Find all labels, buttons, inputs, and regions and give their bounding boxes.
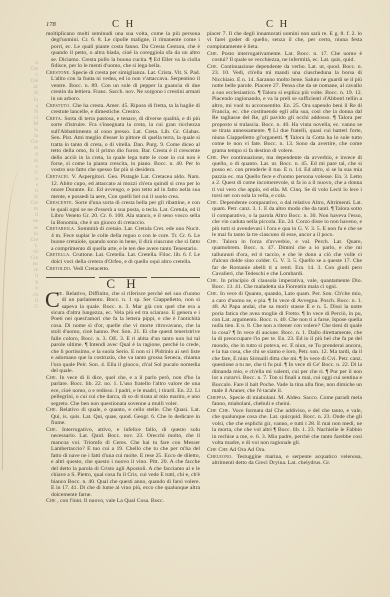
dictionary-entry: Cheleono. Testuggine marina, e serpente … xyxy=(207,454,362,467)
entry-definition: Continuazione dependente da verbo. Lat. … xyxy=(212,64,362,154)
dictionary-entry: piacer 7. Il che degli innamorati uomini… xyxy=(207,31,362,50)
entry-headword: Che. xyxy=(46,407,57,413)
book-page: nCrevCreacdifaqNciMsilaCrempinvCoetiIsCr… xyxy=(0,0,390,597)
entry-definition: moltiplicano molti seminudi una sua volt… xyxy=(46,31,200,69)
dictionary-entry: he. Relativo, Diffinito, che si riferisc… xyxy=(46,291,200,375)
dictionary-entry: Crestuto. Che ha cresta. Amer. 45. Ripos… xyxy=(46,103,200,116)
dictionary-entry: Cheppia. Specie di miabolani. M. Aldeo. … xyxy=(207,395,362,408)
dictionary-entry: Che. Posto interrogativamente. Lat. Bocc… xyxy=(207,51,362,64)
entry-definition: Talora in forza d'avverbio, e val. Perch… xyxy=(212,239,362,277)
entry-headword: Che. xyxy=(207,155,218,161)
entry-definition: piacer 7. Il che degli innamorati uomini… xyxy=(207,31,362,50)
entry-definition: , con l'innt. Il nuovo, vale La Qual Cos… xyxy=(57,498,164,504)
entry-headword: he. xyxy=(57,291,64,297)
running-head-right: C H xyxy=(266,19,289,30)
entry-definition: Dependente comparativo, o dal relativo A… xyxy=(212,200,362,238)
entry-headword: Che Che xyxy=(207,447,228,453)
left-column-entries-top: moltiplicano molti seminudi una sua volt… xyxy=(46,31,200,272)
right-column-entries: piacer 7. Il che degli innamorati uomini… xyxy=(207,31,362,467)
dictionary-entry: Cretacei. V. Aspergitori. Geo. Pistagle … xyxy=(46,174,200,200)
section-title: C H xyxy=(46,281,200,287)
dictionary-entry: Cretariola. Sommità di cretaio. Lat. Cre… xyxy=(46,226,200,252)
entry-definition: Per continuazione, ma dependente da avve… xyxy=(212,155,362,200)
divider-rule xyxy=(46,277,95,278)
dictionary-entry: Cretoldo. Vedi Cretacetto. xyxy=(46,266,200,272)
section-start: C he. Relativo, Diffinito, che si riferi… xyxy=(46,291,200,505)
entry-definition: In principio di clausola imperativa, val… xyxy=(212,278,362,290)
entry-headword: Creta. xyxy=(46,116,63,122)
entry-headword: Cheppia. xyxy=(207,395,228,401)
dictionary-entry: Che. Dependente comparativo, o dal relat… xyxy=(207,200,362,239)
entry-definition: Specie di cresta per simiglianza. Lat. C… xyxy=(51,70,200,102)
entry-headword: Crescente. xyxy=(46,200,73,206)
entry-definition: Interrogativo, attivo, e infelice fallo,… xyxy=(51,427,200,498)
left-column: moltiplicano molti seminudi una sua volt… xyxy=(46,31,200,505)
dictionary-entry: moltiplicano molti seminudi una sua volt… xyxy=(46,31,200,70)
entry-headword: Che. xyxy=(207,278,218,284)
entry-definition: V. Aspergitori. Geo. Pistagle Lat. Creta… xyxy=(51,174,200,199)
entry-definition: Specie di miabolani. M. Aldeo. Sacco. Co… xyxy=(212,395,362,407)
entry-headword: Cretoldo. xyxy=(46,266,72,272)
entry-headword: Cretariola. xyxy=(46,226,76,232)
dictionary-entry: Crescente. Sorte d'una sorta di cresta b… xyxy=(46,200,200,226)
dictionary-entry: Che. Interrogativo, attivo, e infelice f… xyxy=(46,427,200,498)
divider-rule xyxy=(151,277,200,278)
page-number: 178 xyxy=(46,21,56,28)
dictionary-entry: Che. Talora in forza d'avverbio, e val. … xyxy=(207,239,362,278)
dictionary-entry: Che , con l'innt. Il nuovo, vale La Qual… xyxy=(46,498,200,504)
dictionary-entry: Che Che. Voce formata dal Che addiviso, … xyxy=(207,408,362,447)
entry-definition: In vece di Quanto, quando, Lato quam. Pe… xyxy=(212,291,362,394)
entry-definition: Che ha cresta. Amer. 45. Riposo di frett… xyxy=(51,103,200,115)
dictionary-entry: Crestone. Specie di cresta per simiglian… xyxy=(46,70,200,102)
dictionary-entry: Che. Relativo di quale, e quanto, e cell… xyxy=(46,407,200,426)
entry-headword: Che. xyxy=(46,427,57,433)
dictionary-entry: Creta. Sorta di terra pastosa, e tenace,… xyxy=(46,116,200,174)
entry-headword: Che. xyxy=(207,51,218,57)
dictionary-entry: Che. Per continuazione, ma dependente da… xyxy=(207,155,362,200)
entry-definition: Relativo di quale, e quanto, e cello ste… xyxy=(51,407,200,426)
entry-definition: Testuggine marina, e serpente acquatico … xyxy=(212,454,362,466)
dictionary-entry: Che. Continuazione dependente da verbo. … xyxy=(207,64,362,154)
entry-definition: Vedi Cretacetto. xyxy=(73,266,110,272)
entry-headword: Che. xyxy=(46,375,57,381)
entry-definition: Voce formata dal Che addiviso, e del che… xyxy=(212,408,362,446)
entry-headword: Crestuto. xyxy=(46,103,71,109)
entry-definition: Sorte d'una sorta di cresta bella per gl… xyxy=(51,200,200,225)
entry-headword: Che. xyxy=(207,291,218,297)
entry-headword: Che Che. xyxy=(207,408,230,414)
entry-definition: Relativo, Diffinito, che si riferisce pe… xyxy=(51,291,200,374)
dictionary-entry: Cretella. Cruttone. Lat. Cretella. Lat. … xyxy=(46,252,200,265)
entry-headword: Cheleono. xyxy=(207,454,233,460)
entry-headword: Che. xyxy=(207,64,218,70)
running-head-left: C H xyxy=(112,19,135,30)
entry-definition: In vece di li dice, quel che, e a il par… xyxy=(51,375,200,407)
entry-headword: Che xyxy=(46,498,56,504)
entry-definition: Cruttone. Lat. Cretella. Lat. Cretella. … xyxy=(51,252,200,264)
entry-definition: Ad Ora Ad Ora. xyxy=(229,447,265,453)
entry-headword: Che. xyxy=(207,239,218,245)
dictionary-entry: Che Che Ad Ora Ad Ora. xyxy=(207,447,362,453)
right-column: piacer 7. Il che degli innamorati uomini… xyxy=(207,31,362,467)
entry-headword: Cretella. xyxy=(46,252,71,258)
left-column-entries-bottom: he. Relativo, Diffinito, che si riferisc… xyxy=(46,291,200,505)
entry-headword: Cretacei. xyxy=(46,174,70,180)
page-header: 178 C H C H xyxy=(46,19,362,31)
dictionary-entry: Che. In principio di clausola imperativa… xyxy=(207,278,362,291)
entry-definition: Posto interrogativamente. Lat. Bocc. n. … xyxy=(212,51,362,63)
dictionary-entry: Che. In vece di li dice, quel che, e a i… xyxy=(46,375,200,407)
dictionary-entry: Che. In vece di Quanto, quando, Lato qua… xyxy=(207,291,362,394)
entry-definition: Sorta di terra pastosa, e tenace, di div… xyxy=(51,116,200,174)
entry-headword: Che. xyxy=(207,200,218,206)
